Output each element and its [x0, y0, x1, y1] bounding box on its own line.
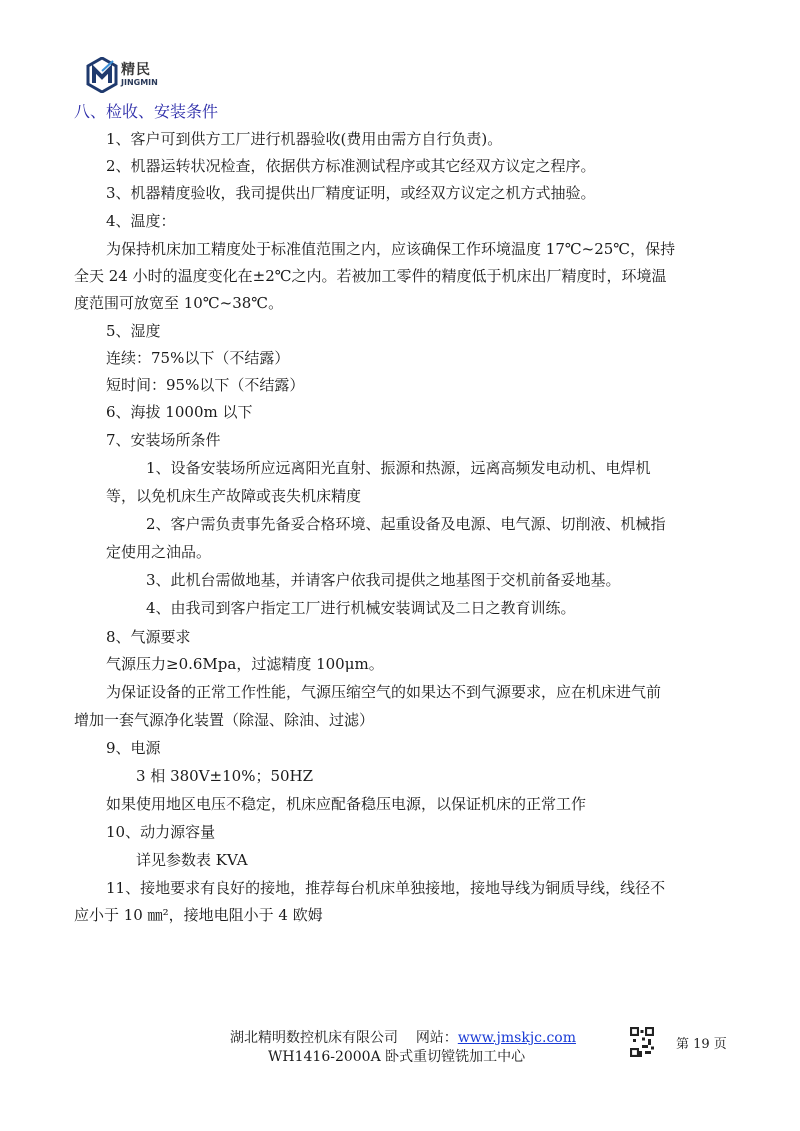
text-line: 4、温度： — [106, 211, 176, 231]
company-logo: 精民 JINGMIN — [86, 55, 166, 95]
text-line: 度范围可放宽至 10℃~38℃。 — [74, 293, 283, 313]
text-line: 气源压力≥0.6Mpa，过滤精度 100μm。 — [106, 654, 384, 674]
footer-website-link[interactable]: www.jmskjc.com — [458, 1030, 576, 1046]
text-line: 11、接地要求有良好的接地，推荐每台机床单独接地，接地导线为铜质导线，线径不 — [106, 878, 665, 898]
text-line: 为保持机床加工精度处于标准值范围之内，应该确保工作环境温度 17℃~25℃，保持 — [106, 239, 675, 259]
text-line: 2、客户需负责事先备妥合格环境、起重设备及电源、电气源、切削液、机械指 — [146, 514, 666, 534]
text-line: 短时间：95%以下（不结露） — [106, 375, 304, 395]
text-line: 2、机器运转状况检查，依据供方标准测试程序或其它经双方议定之程序。 — [106, 156, 596, 176]
text-line: 应小于 10 ㎜²，接地电阻小于 4 欧姆 — [74, 905, 323, 925]
section-title: 八、检收、安装条件 — [74, 99, 218, 122]
footer-website-label: 网站： — [416, 1030, 458, 1046]
jingmin-logo-icon — [86, 57, 118, 93]
text-line: 3 相 380V±10%；50HZ — [136, 766, 313, 786]
qr-code-icon — [630, 1027, 654, 1057]
text-line: 等，以免机床生产故障或丧失机床精度 — [106, 486, 361, 506]
text-line: 1、客户可到供方工厂进行机器验收(费用由需方自行负责)。 — [106, 129, 502, 149]
text-line: 10、动力源容量 — [106, 822, 215, 842]
text-line: 5、湿度 — [106, 321, 161, 341]
text-line: 为保证设备的正常工作性能，气源压缩空气的如果达不到气源要求，应在机床进气前 — [106, 682, 661, 702]
text-line: 定使用之油品。 — [106, 542, 211, 562]
text-line: 连续：75%以下（不结露） — [106, 348, 289, 368]
text-line: 3、机器精度验收，我司提供出厂精度证明，或经双方议定之机方式抽验。 — [106, 183, 596, 203]
text-line: 全天 24 小时的温度变化在±2℃之内。若被加工零件的精度低于机床出厂精度时，环… — [74, 266, 667, 286]
text-line: 1、设备安装场所应远离阳光直射、振源和热源，远离高频发电动机、电焊机 — [146, 458, 651, 478]
footer-company-line: 湖北精明数控机床有限公司 网站：www.jmskjc.com — [230, 1027, 576, 1047]
text-line: 如果使用地区电压不稳定，机床应配备稳压电源，以保证机床的正常工作 — [106, 794, 586, 814]
text-line: 6、海拔 1000m 以下 — [106, 402, 252, 422]
text-line: 增加一套气源净化装置（除湿、除油、过滤） — [74, 710, 374, 730]
text-line: 3、此机台需做地基，并请客户依我司提供之地基图于交机前备妥地基。 — [146, 570, 621, 590]
text-line: 9、电源 — [106, 738, 161, 758]
page-number: 第 19 页 — [676, 1033, 727, 1052]
text-line: 详见参数表 KVA — [136, 850, 248, 870]
logo-en-text: JINGMIN — [121, 79, 158, 87]
text-line: 4、由我司到客户指定工厂进行机械安装调试及二日之教育训练。 — [146, 598, 576, 618]
text-line: 7、安装场所条件 — [106, 430, 221, 450]
logo-cn-text: 精民 — [121, 63, 158, 77]
text-line: 8、气源要求 — [106, 627, 191, 647]
footer-company: 湖北精明数控机床有限公司 — [230, 1030, 398, 1046]
footer-model: WH1416-2000A 卧式重切镗铣加工中心 — [268, 1046, 525, 1066]
